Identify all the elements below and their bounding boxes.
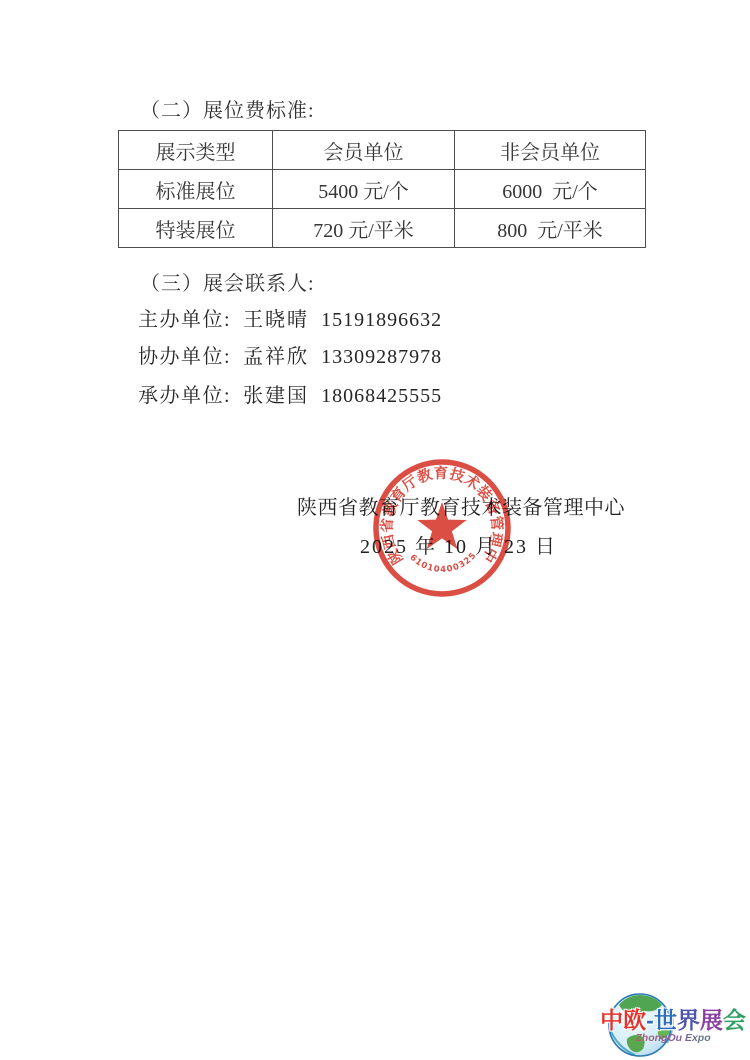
expo-logo-subtitle: ZhongOu Expo [598, 1032, 748, 1044]
fee-table-row-special: 特装展位 720 元/平米 800 元/平米 [119, 209, 646, 248]
fee-table-header-type: 展示类型 [119, 131, 273, 170]
fee-table-header-row: 展示类型 会员单位 非会员单位 [119, 131, 646, 170]
contacts-heading: （三）展会联系人: [140, 267, 315, 296]
contact-line-undertaker: 承办单位:张建国18068425555 [138, 379, 442, 408]
contact-role: 协办单位: [138, 346, 231, 368]
seal-star-icon [417, 502, 466, 549]
logo-char: 欧 [623, 1007, 646, 1033]
contact-name: 张建国 [243, 385, 309, 407]
fee-table-cell: 720 元/平米 [273, 209, 455, 248]
fee-table-cell: 6000 元/个 [455, 170, 646, 209]
expo-logo-title: 中欧-世界展会 [598, 1008, 748, 1032]
fee-table-cell: 800 元/平米 [455, 209, 646, 248]
contact-name: 孟祥欣 [243, 346, 309, 368]
contact-role: 主办单位: [138, 309, 231, 331]
logo-char: - [646, 1007, 654, 1033]
contact-name: 王晓晴 [243, 309, 309, 331]
logo-char: 世 [654, 1007, 677, 1033]
fee-table-cell: 标准展位 [119, 170, 273, 209]
fee-table-row-standard: 标准展位 5400 元/个 6000 元/个 [119, 170, 646, 209]
fee-table-header-nonmember: 非会员单位 [455, 131, 646, 170]
contact-phone: 18068425555 [321, 385, 442, 407]
logo-char: 展 [700, 1007, 723, 1033]
official-seal: 陕西省教育厅教育技术装备管理中心 6101040032505 [364, 450, 520, 606]
contact-phone: 15191896632 [321, 309, 442, 331]
seal-arc-text: 陕西省教育厅教育技术装备管理中心 [364, 450, 506, 568]
document-page: { "fee_section": { "heading": "（二）展位费标准:… [0, 0, 750, 1060]
fee-table: 展示类型 会员单位 非会员单位 标准展位 5400 元/个 6000 元/个 特… [118, 130, 646, 248]
contact-line-coorganizer: 协办单位:孟祥欣13309287978 [138, 340, 442, 369]
contact-role: 承办单位: [138, 385, 231, 407]
logo-char: 会 [723, 1007, 746, 1033]
logo-char: 界 [677, 1007, 700, 1033]
fee-table-cell: 特装展位 [119, 209, 273, 248]
contact-phone: 13309287978 [321, 346, 442, 368]
fee-table-cell: 5400 元/个 [273, 170, 455, 209]
fee-standard-heading: （二）展位费标准: [140, 94, 315, 123]
logo-char: 中 [600, 1007, 623, 1033]
fee-table-header-member: 会员单位 [273, 131, 455, 170]
contact-line-organizer: 主办单位:王晓晴15191896632 [138, 303, 442, 332]
